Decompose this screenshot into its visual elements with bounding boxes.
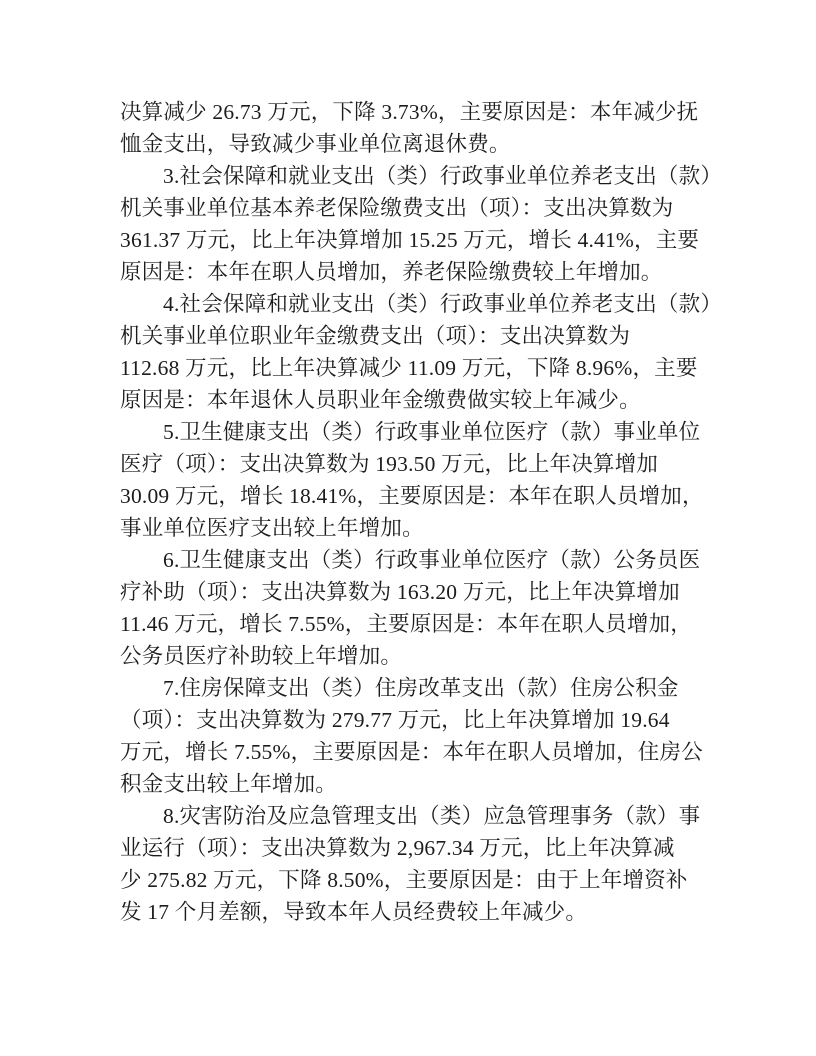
text-line: 112.68 万元，比上年决算减少 11.09 万元，下降 8.96%，主要 <box>120 352 716 384</box>
text-line: 机关事业单位职业年金缴费支出（项）：支出决算数为 <box>120 320 716 352</box>
paragraph-item-8: 8.灾害防治及应急管理支出（类）应急管理事务（款）事 业运行（项）：支出决算数为… <box>120 800 716 928</box>
text-line: 少 275.82 万元，下降 8.50%，主要原因是：由于上年增资补 <box>120 864 716 896</box>
text-line: 6.卫生健康支出（类）行政事业单位医疗（款）公务员医 <box>120 544 716 576</box>
text-line: 8.灾害防治及应急管理支出（类）应急管理事务（款）事 <box>120 800 716 832</box>
text-line: 11.46 万元，增长 7.55%，主要原因是：本年在职人员增加， <box>120 608 716 640</box>
text-line: 医疗（项）：支出决算数为 193.50 万元，比上年决算增加 <box>120 448 716 480</box>
document-page: 决算减少 26.73 万元，下降 3.73%，主要原因是：本年减少抚 恤金支出，… <box>0 0 816 1056</box>
text-line: 积金支出较上年增加。 <box>120 768 716 800</box>
text-line: 业运行（项）：支出决算数为 2,967.34 万元，比上年决算减 <box>120 832 716 864</box>
document-text-block: 决算减少 26.73 万元，下降 3.73%，主要原因是：本年减少抚 恤金支出，… <box>120 96 716 928</box>
text-line: 决算减少 26.73 万元，下降 3.73%，主要原因是：本年减少抚 <box>120 96 716 128</box>
paragraph-item-7: 7.住房保障支出（类）住房改革支出（款）住房公积金 （项）：支出决算数为 279… <box>120 672 716 800</box>
text-line: 原因是：本年在职人员增加，养老保险缴费较上年增加。 <box>120 256 716 288</box>
text-line: 发 17 个月差额，导致本年人员经费较上年减少。 <box>120 896 716 928</box>
paragraph-item-3: 3.社会保障和就业支出（类）行政事业单位养老支出（款） 机关事业单位基本养老保险… <box>120 160 716 288</box>
paragraph-item-4: 4.社会保障和就业支出（类）行政事业单位养老支出（款） 机关事业单位职业年金缴费… <box>120 288 716 416</box>
text-line: 361.37 万元，比上年决算增加 15.25 万元，增长 4.41%，主要 <box>120 224 716 256</box>
text-line: 事业单位医疗支出较上年增加。 <box>120 512 716 544</box>
text-line: 30.09 万元，增长 18.41%，主要原因是：本年在职人员增加， <box>120 480 716 512</box>
text-line: 恤金支出，导致减少事业单位离退休费。 <box>120 128 716 160</box>
paragraph-item-6: 6.卫生健康支出（类）行政事业单位医疗（款）公务员医 疗补助（项）：支出决算数为… <box>120 544 716 672</box>
paragraph-item-5: 5.卫生健康支出（类）行政事业单位医疗（款）事业单位 医疗（项）：支出决算数为 … <box>120 416 716 544</box>
text-line: 3.社会保障和就业支出（类）行政事业单位养老支出（款） <box>120 160 716 192</box>
text-line: 万元，增长 7.55%，主要原因是：本年在职人员增加，住房公 <box>120 736 716 768</box>
text-line: 机关事业单位基本养老保险缴费支出（项）：支出决算数为 <box>120 192 716 224</box>
text-line: 疗补助（项）：支出决算数为 163.20 万元，比上年决算增加 <box>120 576 716 608</box>
text-line: 原因是：本年退休人员职业年金缴费做实较上年减少。 <box>120 384 716 416</box>
text-line: 7.住房保障支出（类）住房改革支出（款）住房公积金 <box>120 672 716 704</box>
text-line: 4.社会保障和就业支出（类）行政事业单位养老支出（款） <box>120 288 716 320</box>
paragraph-continuation: 决算减少 26.73 万元，下降 3.73%，主要原因是：本年减少抚 恤金支出，… <box>120 96 716 160</box>
text-line: （项）：支出决算数为 279.77 万元，比上年决算增加 19.64 <box>120 704 716 736</box>
text-line: 公务员医疗补助较上年增加。 <box>120 640 716 672</box>
text-line: 5.卫生健康支出（类）行政事业单位医疗（款）事业单位 <box>120 416 716 448</box>
